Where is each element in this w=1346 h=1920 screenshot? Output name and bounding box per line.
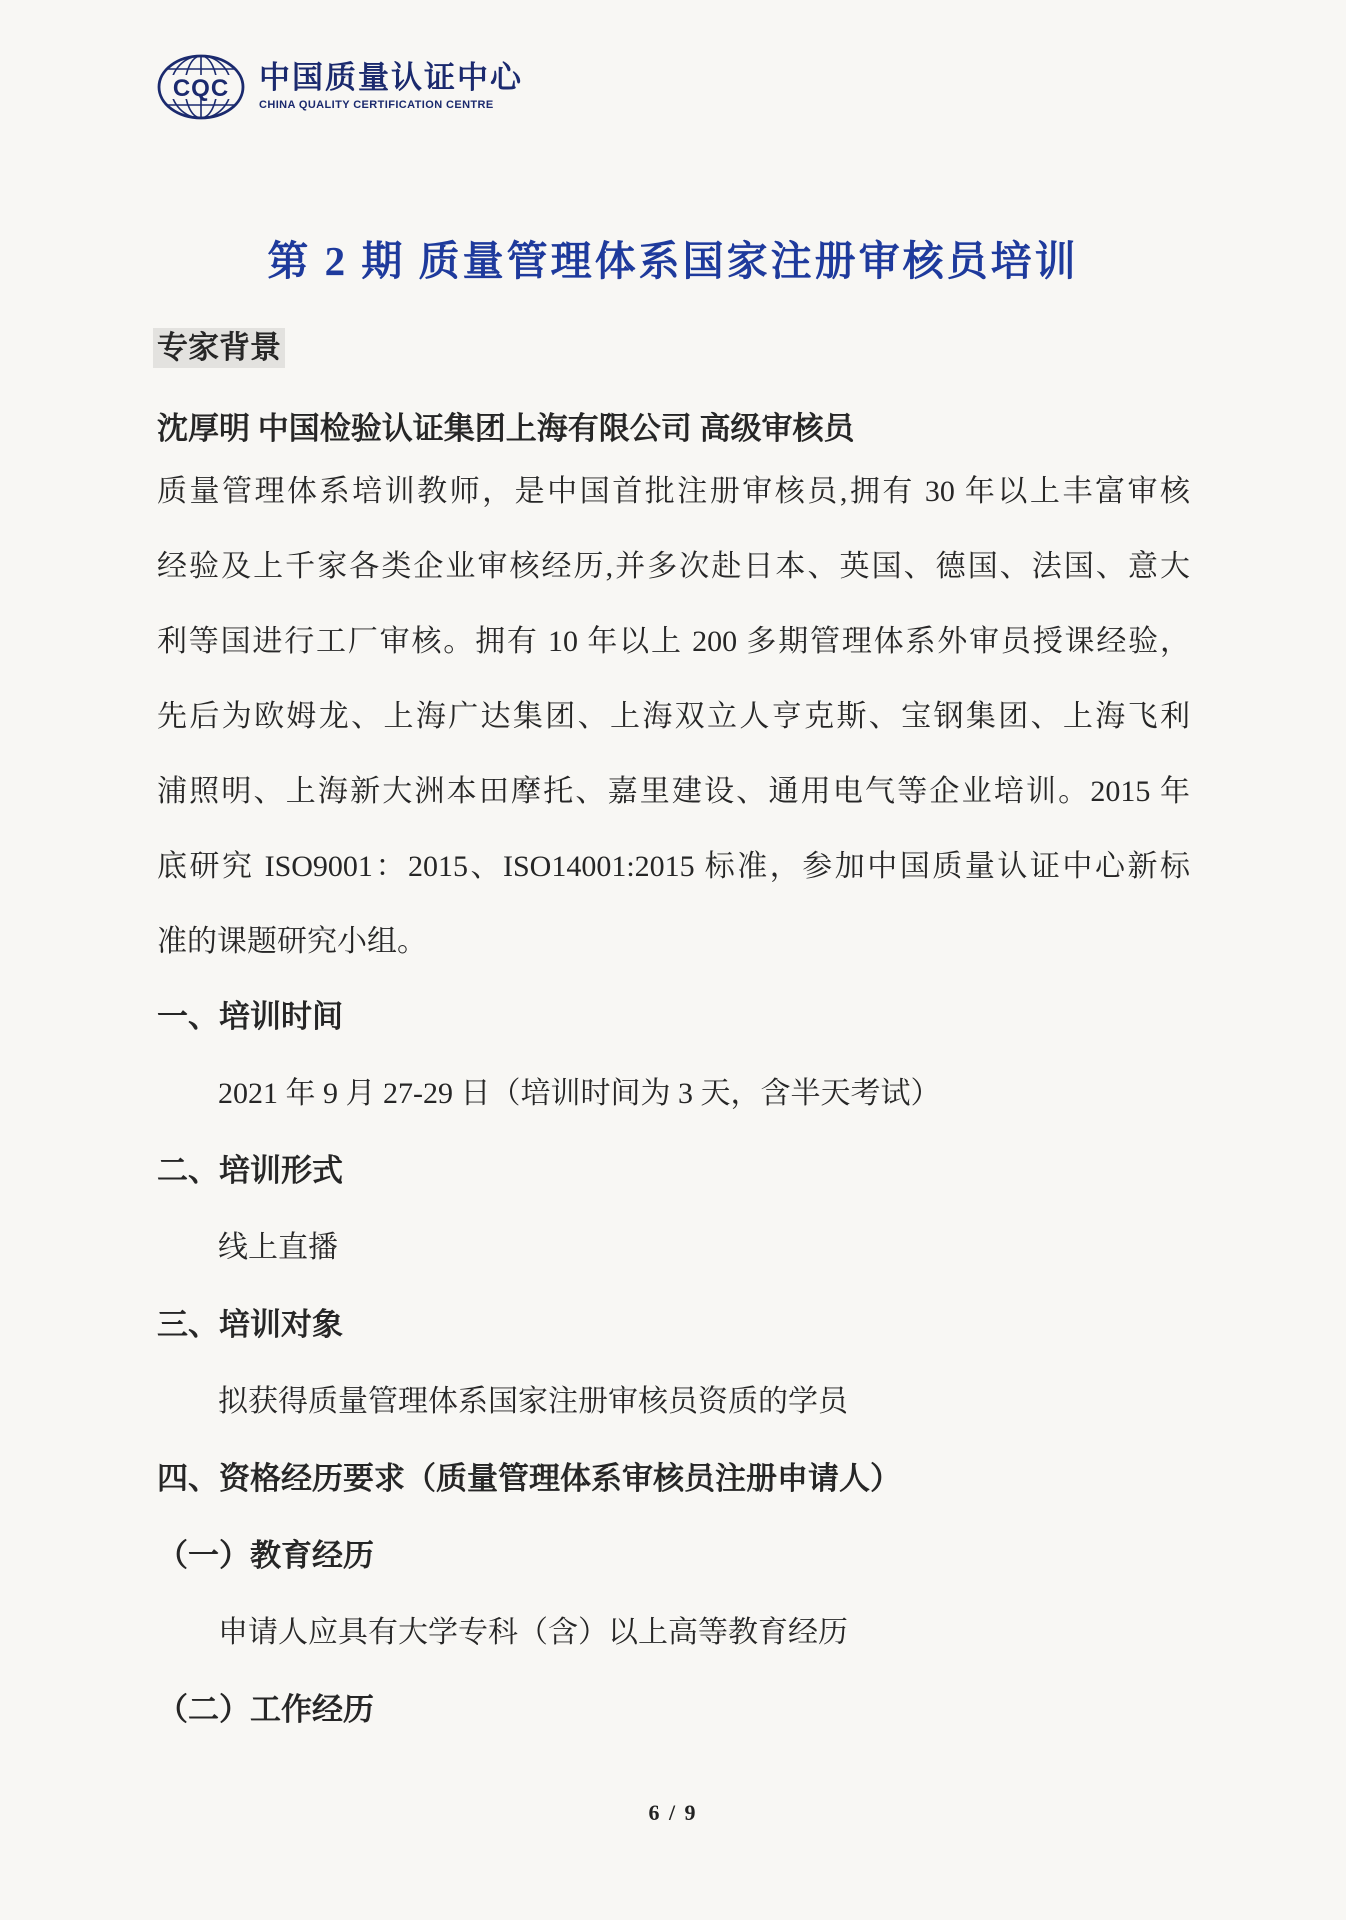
bio-line: 先后为欧姆龙、上海广达集团、上海双立人亨克斯、宝钢集团、上海飞利: [157, 679, 1190, 754]
section-heading-education-experience: （一）教育经历: [157, 1536, 1190, 1576]
expert-bio-paragraph: 质量管理体系培训教师，是中国首批注册审核员,拥有 30 年以上丰富审核 经验及上…: [157, 454, 1190, 979]
page-number: 6 / 9: [0, 1800, 1346, 1826]
section-body-training-format: 线上直播: [157, 1228, 1190, 1268]
bio-line: 质量管理体系培训教师，是中国首批注册审核员,拥有 30 年以上丰富审核: [157, 454, 1190, 529]
page-title: 第 2 期 质量管理体系国家注册审核员培训: [0, 236, 1346, 286]
bio-line: 浦照明、上海新大洲本田摩托、嘉里建设、通用电气等企业培训。2015 年: [157, 754, 1190, 829]
bio-line: 利等国进行工厂审核。拥有 10 年以上 200 多期管理体系外审员授课经验，: [157, 604, 1190, 679]
bio-line: 经验及上千家各类企业审核经历,并多次赴日本、英国、德国、法国、意大: [157, 529, 1190, 604]
bio-line: 准的课题研究小组。: [157, 904, 1190, 979]
expert-name-line: 沈厚明 中国检验认证集团上海有限公司 高级审核员: [157, 408, 1190, 450]
section-list: 一、培训时间 2021 年 9 月 27-29 日（培训时间为 3 天，含半天考…: [157, 997, 1190, 1730]
section-heading-training-audience: 三、培训对象: [157, 1305, 1190, 1345]
section-heading-training-time: 一、培训时间: [157, 997, 1190, 1037]
expert-background-heading: 专家背景: [153, 328, 285, 368]
bio-line: 底研究 ISO9001：2015、ISO14001:2015 标准，参加中国质量…: [157, 829, 1190, 904]
section-body-training-audience: 拟获得质量管理体系国家注册审核员资质的学员: [157, 1382, 1190, 1422]
section-body-training-time: 2021 年 9 月 27-29 日（培训时间为 3 天，含半天考试）: [157, 1074, 1190, 1114]
cqc-logo: CQC 中国质量认证中心 CHINA QUALITY CERTIFICATION…: [157, 54, 523, 120]
svg-text:CQC: CQC: [173, 75, 229, 102]
document-page: CQC 中国质量认证中心 CHINA QUALITY CERTIFICATION…: [0, 0, 1346, 1920]
section-heading-work-experience: （二）工作经历: [157, 1690, 1190, 1730]
section-body-education-experience: 申请人应具有大学专科（含）以上高等教育经历: [157, 1613, 1190, 1653]
globe-icon: CQC: [157, 54, 245, 120]
section-heading-qualification-requirements: 四、资格经历要求（质量管理体系审核员注册申请人）: [157, 1459, 1190, 1499]
logo-name-english: CHINA QUALITY CERTIFICATION CENTRE: [259, 98, 523, 112]
logo-name-chinese: 中国质量认证中心: [259, 61, 523, 95]
logo-names: 中国质量认证中心 CHINA QUALITY CERTIFICATION CEN…: [259, 61, 523, 112]
document-body: 专家背景 沈厚明 中国检验认证集团上海有限公司 高级审核员 质量管理体系培训教师…: [157, 328, 1190, 1767]
section-heading-training-format: 二、培训形式: [157, 1151, 1190, 1191]
